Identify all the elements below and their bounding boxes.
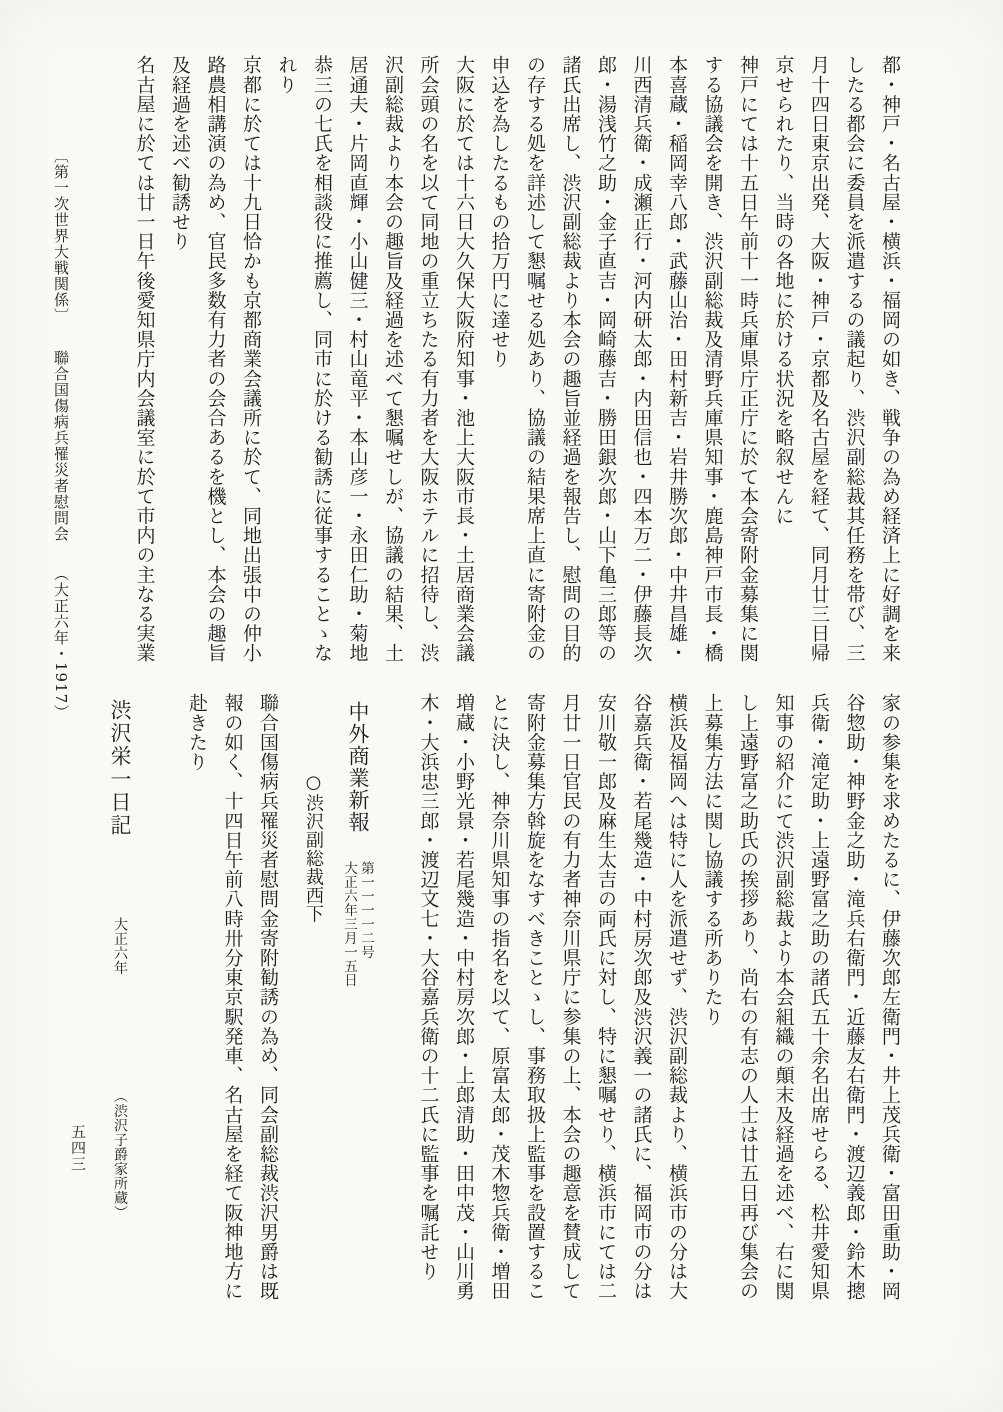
text-column: する協議会を開き、渋沢副総裁及清野兵庫県知事・鹿島神戸市長・橋 — [694, 55, 730, 675]
running-header-year: （大正六年・1917） — [52, 566, 70, 720]
source-publication-title: 中外商業新報 — [338, 701, 378, 833]
text-column: 横浜及福岡へは特に人を派遣せず、渋沢副総裁より、横浜市の分は大 — [659, 693, 695, 1313]
text-column: 知事の紹介にて渋沢副総裁より本会組織の顛末及経過を述べ、右に関 — [765, 693, 801, 1313]
text-column: 木・大浜忠三郎・渡辺文七・大谷嘉兵衛の十二氏に監事を嘱託せり — [410, 693, 446, 1313]
source-publication-meta: 第一一一一二号 大正六年三月一五日 — [340, 861, 374, 1041]
running-header: 〔第一次世界大戦関係〕聯合国傷病兵罹災者慰問会（大正六年・1917） — [46, 148, 76, 708]
text-column: 増蔵・小野光景・若尾幾造・中村房次郎・上郎清助・田中茂・山川勇 — [446, 693, 482, 1313]
text-column: 恭三の七氏を相談役に推薦し、同市に於ける勧誘に従事することゝな — [304, 55, 340, 675]
text-column: 家の参集を求めたるに、伊藤次郎左衛門・井上茂兵衛・富田重助・岡 — [872, 693, 908, 1313]
text-column: 京せられたり、当時の各地に於ける状況を略叙せんに — [765, 55, 801, 675]
text-column: の存する処を詳述して懇嘱せる処あり、協議の結果席上直に寄附金の — [517, 55, 553, 675]
text-column: 谷惣助・神野金之助・滝兵右衛門・近藤友右衛門・渡辺義郎・鈴木摠 — [836, 693, 872, 1313]
text-column: 本喜蔵・稲岡幸八郎・武藤山治・田村新吉・岩井勝次郎・中井昌雄・ — [659, 55, 695, 675]
text-column: 申込を為したるもの拾万円に達せり — [481, 55, 517, 675]
source-issue-number: 第一一一一二号 — [357, 861, 374, 1041]
scanned-document-page: 都・神戸・名古屋・横浜・福岡の如き、戦争の為め経済上に好調を来したる都会に委員を… — [0, 0, 1003, 1412]
bottom-text-register: 家の参集を求めたるに、伊藤次郎左衛門・井上茂兵衛・富田重助・岡谷惣助・神野金之助… — [410, 693, 907, 1313]
text-column: 都・神戸・名古屋・横浜・福岡の如き、戦争の為め経済上に好調を来 — [872, 55, 908, 675]
text-column: 神戸にては十五日午前十一時兵庫県庁正庁に於て本会寄附金募集に関 — [730, 55, 766, 675]
diary-source-title: 渋沢栄一日記 — [100, 699, 140, 837]
text-column: とに決し、神奈川県知事の指名を以て、原富太郎・茂木惣兵衛・増田 — [481, 693, 517, 1313]
text-column: 川西清兵衛・成瀬正行・河内研太郎・内田信也・四本万二・伊藤長次 — [623, 55, 659, 675]
text-column: 寄附金募集方斡旋をなすべきことゝし、事務取扱上監事を設置するこ — [517, 693, 553, 1313]
text-column: 月廿一日官民の有力者神奈川県庁に参集の上、本会の趣意を賛成して — [552, 693, 588, 1313]
article-text-register: 聯合国傷病兵罹災者慰問金寄附勧誘の為め、同会副総裁渋沢男爵は既報の如く、十四日午… — [178, 693, 285, 1313]
text-column: 名古屋に於ては廿一日午後愛知県庁内会議室に於て市内の主なる実業 — [126, 55, 162, 675]
text-column: したる都会に委員を派遣するの議起り、渋沢副総裁其任務を帯び、三 — [836, 55, 872, 675]
text-column: 安川敬一郎及麻生太吉の両氏に対し、特に懇嘱せり、横浜市にては二 — [588, 693, 624, 1313]
diary-source-provenance: （渋沢子爵家所蔵） — [107, 1089, 133, 1220]
text-column: 赴きたり — [179, 693, 215, 1313]
text-column: れり — [268, 55, 304, 675]
source-date: 大正六年三月一五日 — [340, 861, 357, 1041]
text-column: 報の如く、十四日午前八時卅分東京駅発車、名古屋を経て阪神地方に — [214, 693, 250, 1313]
running-header-title: 聯合国傷病兵罹災者慰問会 — [52, 350, 70, 542]
text-column: 上募集方法に関し協議する所ありたり — [694, 693, 730, 1313]
text-column: 路農相講演の為め、官民多数有力者の会合あるを機とし、本会の趣旨 — [197, 55, 233, 675]
text-column: 居通夫・片岡直輝・小山健三・村山竜平・本山彦一・永田仁助・菊地 — [339, 55, 375, 675]
text-column: 兵衛・滝定助・上遠野富之助の諸氏五十余名出席せらる、松井愛知県 — [801, 693, 837, 1313]
text-column: 京都に於ては十九日恰かも京都商業会議所に於て、同地出張中の仲小 — [233, 55, 269, 675]
top-text-register: 都・神戸・名古屋・横浜・福岡の如き、戦争の為め経済上に好調を来したる都会に委員を… — [126, 55, 907, 675]
running-header-category: 〔第一次世界大戦関係〕 — [52, 148, 70, 324]
text-column: し上遠野富之助氏の挨拶あり、尚右の有志の人士は廿五日再び集会の — [730, 693, 766, 1313]
text-column: 所会頭の名を以て同地の重立ちたる有力者を大阪ホテルに招待し、渋 — [410, 55, 446, 675]
text-column: 月十四日東京出発、大阪・神戸・京都及名古屋を経て、同月廿三日帰 — [801, 55, 837, 675]
text-column: 沢副総裁より本会の趣旨及経過を述べて懇嘱せしが、協議の結果、土 — [375, 55, 411, 675]
text-column: 諸氏出席し、渋沢副総裁より本会の趣旨並経過を報告し、慰問の目的 — [552, 55, 588, 675]
text-column: 谷嘉兵衛・若尾幾造・中村房次郎及渋沢義一の諸氏に、福岡市の分は — [623, 693, 659, 1313]
text-column: 大阪に於ては十六日大久保大阪府知事・池上大阪市長・土居商業会議 — [446, 55, 482, 675]
diary-source-year: 大正六年 — [107, 917, 133, 975]
text-column: 聯合国傷病兵罹災者慰問金寄附勧誘の為め、同会副総裁渋沢男爵は既 — [250, 693, 286, 1313]
page-number: 五四三 — [64, 1124, 92, 1172]
article-headline: ○渋沢副総裁西下 — [296, 772, 330, 923]
text-column: 郎・湯浅竹之助・金子直吉・岡崎藤吉・勝田銀次郎・山下亀三郎等の — [588, 55, 624, 675]
text-column: 及経過を述べ勧誘せり — [162, 55, 198, 675]
